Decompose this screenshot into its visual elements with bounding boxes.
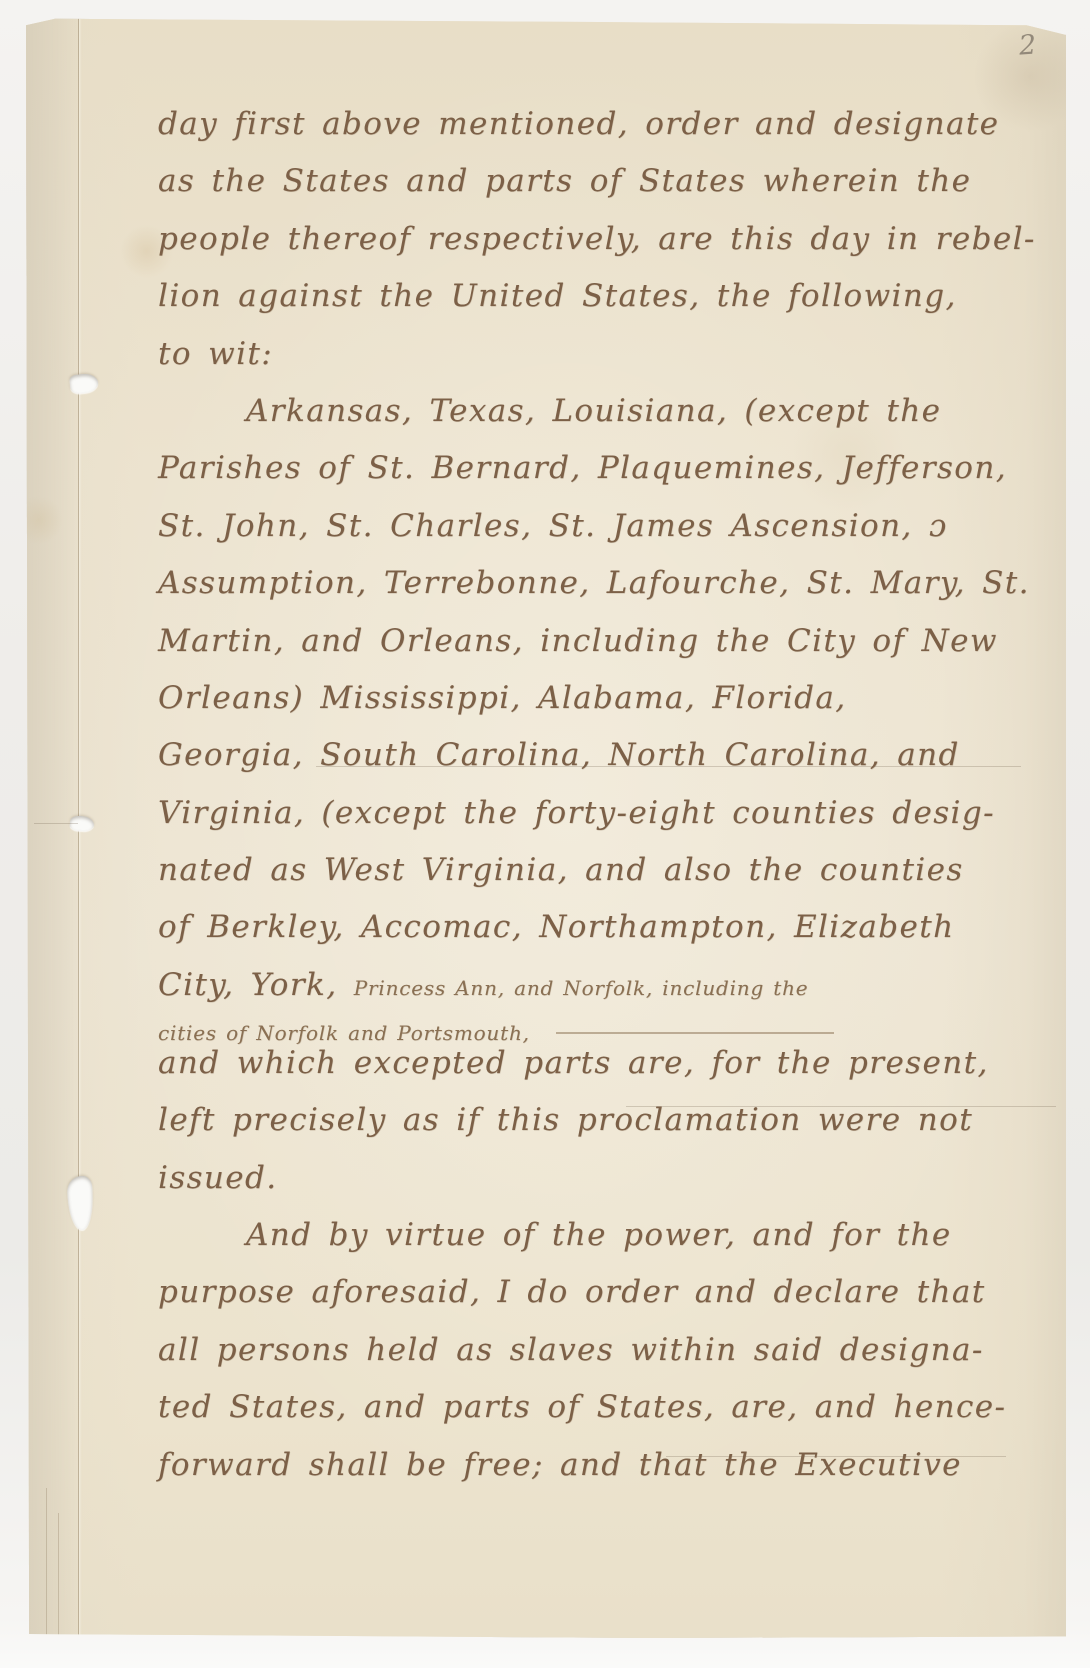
manuscript-line: left precisely as if this proclamation w… [158, 1102, 1044, 1159]
manuscript-line: cities of Norfolk and Portsmouth, [158, 1012, 1044, 1045]
fold-crease-secondary [58, 1513, 59, 1638]
manuscript-line: Parishes of St. Bernard, Plaquemines, Je… [158, 450, 1044, 507]
manuscript-line: to wit: [158, 336, 1044, 393]
manuscript-line: issued. [158, 1160, 1044, 1217]
manuscript-line: people thereof respectively, are this da… [158, 221, 1044, 278]
manuscript-line: Georgia, South Carolina, North Carolina,… [158, 737, 1044, 794]
manuscript-text-block: day first above mentioned, order and des… [158, 106, 1044, 1504]
manuscript-line: nated as West Virginia, and also the cou… [158, 852, 1044, 909]
pencil-guideline [34, 823, 78, 824]
page-number: 2 [1018, 29, 1037, 61]
manuscript-line: day first above mentioned, order and des… [158, 106, 1044, 163]
interlined-insertion: Princess Ann, and Norfolk, including the [354, 976, 809, 1000]
manuscript-line: Martin, and Orleans, including the City … [158, 623, 1044, 680]
manuscript-line: Assumption, Terrebonne, Lafourche, St. M… [158, 565, 1044, 622]
manuscript-line: Orleans) Mississippi, Alabama, Florida, [158, 680, 1044, 737]
manuscript-line: City, York, Princess Ann, and Norfolk, i… [158, 967, 1044, 1012]
manuscript-line: as the States and parts of States wherei… [158, 163, 1044, 220]
manuscript-line: Virginia, (except the forty-eight counti… [158, 795, 1044, 852]
manuscript-page: 2 day first above mentioned, order and d… [26, 18, 1066, 1638]
manuscript-line: forward shall be free; and that the Exec… [158, 1447, 1044, 1504]
manuscript-line: all persons held as slaves within said d… [158, 1332, 1044, 1389]
manuscript-line: Arkansas, Texas, Louisiana, (except the [158, 393, 1044, 450]
manuscript-line: purpose aforesaid, I do order and declar… [158, 1274, 1044, 1331]
interlined-insertion: cities of Norfolk and Portsmouth, [158, 1021, 530, 1045]
fold-crease-secondary [46, 1488, 47, 1638]
manuscript-line: St. John, St. Charles, St. James Ascensi… [158, 508, 1044, 565]
manuscript-line: And by virtue of the power, and for the [158, 1217, 1044, 1274]
stitch-hole [69, 373, 99, 395]
manuscript-line: ted States, and parts of States, are, an… [158, 1389, 1044, 1446]
manuscript-line: of Berkley, Accomac, Northampton, Elizab… [158, 909, 1044, 966]
manuscript-line: lion against the United States, the foll… [158, 278, 1044, 335]
manuscript-line: and which excepted parts are, for the pr… [158, 1045, 1044, 1102]
insertion-rule-line [556, 1032, 834, 1034]
